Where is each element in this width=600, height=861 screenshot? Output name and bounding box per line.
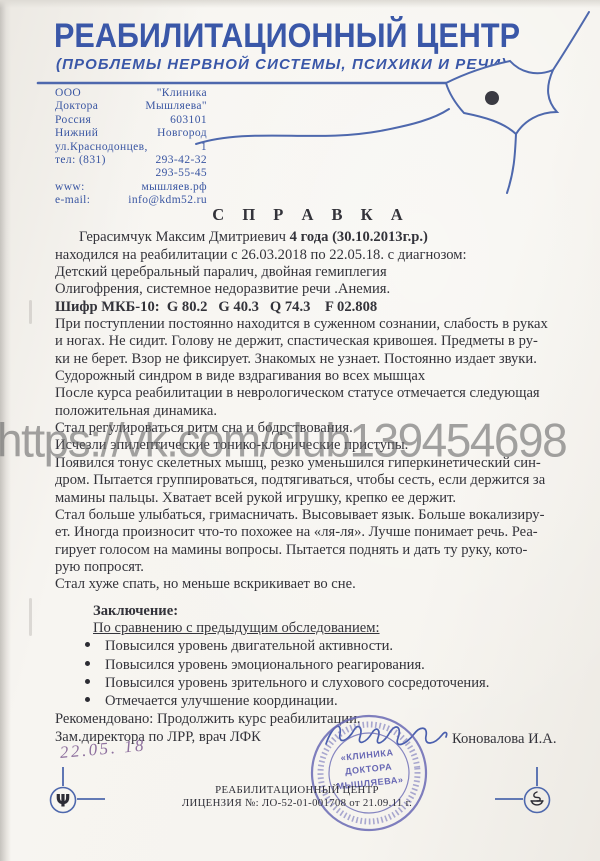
text-line: Судорожный синдром в виде вздрагивания в… bbox=[55, 368, 567, 385]
text-line: Стал хуже спать, но меньше вскрикивает в… bbox=[55, 576, 567, 593]
scanned-certificate-page: РЕАБИЛИТАЦИОННЫЙ ЦЕНТР (ПРОБЛЕМЫ НЕРВНОЙ… bbox=[0, 0, 600, 861]
contact-line-left: Нижний bbox=[55, 127, 98, 140]
clinic-round-stamp: «КЛИНИКА ДОКТОРА МЫШЛЯЕВА» bbox=[302, 706, 436, 840]
contact-line: www: мышляев.рф bbox=[55, 181, 207, 194]
text-line: Детский церебральный паралич, двойная ге… bbox=[55, 264, 567, 281]
bullet-item: Повысился уровень зрительного и слуховог… bbox=[55, 674, 567, 692]
text-line: При поступлении постоянно находится в су… bbox=[55, 316, 567, 333]
contact-line: тел: (831) 293-42-32 bbox=[55, 154, 207, 167]
conclusion-bullet-list: Повысился уровень двигательной активност… bbox=[55, 637, 567, 711]
contact-line-left: ул.Краснодонцев, bbox=[55, 141, 148, 154]
contact-line-right: 1 bbox=[201, 141, 207, 154]
text-line: находился на реабилитации с 26.03.2018 п… bbox=[55, 247, 567, 264]
contact-line-right: 603101 bbox=[170, 114, 207, 127]
contact-line: ООО "Клиника bbox=[55, 87, 207, 100]
icd-code-line: Шифр МКБ-10: G 80.2 G 40.3 Q 74.3 F 02.8… bbox=[55, 299, 567, 316]
scan-artifact bbox=[29, 300, 32, 324]
conclusion-subheading: По сравнению с предыдущим обследованием: bbox=[93, 620, 567, 637]
contact-line-left: Доктора bbox=[55, 100, 98, 113]
bullet-item: Отмечается улучшение координации. bbox=[55, 692, 567, 710]
text-line: ет. Иногда произносит что-то похожее на … bbox=[55, 524, 567, 541]
contact-line-left: Россия bbox=[55, 114, 91, 127]
patient-line: Герасимчук Максим Дмитриевич 4 года (30.… bbox=[55, 229, 567, 246]
contact-line: 293-55-45 bbox=[55, 167, 207, 180]
contact-line: Нижний Новгород bbox=[55, 127, 207, 140]
bullet-dot-icon bbox=[85, 661, 90, 666]
svg-text:Ψ: Ψ bbox=[56, 792, 70, 812]
contact-line-left: ООО bbox=[55, 87, 81, 100]
text-line: мамины пальцы. Хватает всей рукой игрушк… bbox=[55, 490, 567, 507]
signer-name: Коновалова И.А. bbox=[452, 731, 557, 748]
contact-line: ул.Краснодонцев, 1 bbox=[55, 141, 207, 154]
text-line: гирует голосом на мамины вопросы. Пытает… bbox=[55, 542, 567, 559]
bullet-text: Отмечается улучшение координации. bbox=[105, 692, 338, 710]
conclusion-heading: Заключение: bbox=[93, 603, 567, 620]
contact-line-right: мышляев.рф bbox=[142, 181, 208, 194]
contact-line: Россия 603101 bbox=[55, 114, 207, 127]
patient-name: Герасимчук Максим Дмитриевич bbox=[79, 229, 290, 245]
contact-line-right: 293-55-45 bbox=[155, 167, 207, 180]
bullet-item: Повысился уровень двигательной активност… bbox=[55, 637, 567, 655]
patient-age-dob: 4 года (30.10.2013г.р.) bbox=[290, 229, 428, 245]
bullet-dot-icon bbox=[85, 642, 90, 647]
bullet-dot-icon bbox=[85, 697, 90, 702]
bullet-text: Повысился уровень двигательной активност… bbox=[105, 637, 393, 655]
contact-line-right: 293-42-32 bbox=[155, 154, 207, 167]
bullet-text: Повысился уровень зрительного и слуховог… bbox=[105, 674, 489, 692]
contact-line-right: "Клиника bbox=[157, 87, 207, 100]
text-line: и ногах. Не сидит. Голову не держит, спа… bbox=[55, 333, 567, 350]
contact-line-right: Новгород bbox=[157, 127, 207, 140]
contact-line-right: Мышляева" bbox=[145, 100, 207, 113]
text-line: После курса реабилитации в неврологическ… bbox=[55, 385, 567, 402]
text-line: ки не берет. Взор не фиксирует. Знакомых… bbox=[55, 351, 567, 368]
contact-line-left: www: bbox=[55, 181, 85, 194]
neuron-nucleus-dot bbox=[485, 91, 499, 105]
contact-line-left: тел: (831) bbox=[55, 154, 106, 167]
certificate-title: С П Р А В К А bbox=[55, 206, 567, 223]
text-line: рую попросят. bbox=[55, 559, 567, 576]
psi-symbol-icon: Ψ bbox=[48, 767, 112, 817]
bullet-item: Повысился уровень эмоционального реагиро… bbox=[55, 656, 567, 674]
text-line: Стал больше улыбаться, гримасничать. Выс… bbox=[55, 507, 567, 524]
intro-lines: находился на реабилитации с 26.03.2018 п… bbox=[55, 247, 567, 299]
bowl-of-hygieia-icon bbox=[488, 767, 552, 817]
text-line: дром. Пытается группироваться, подтягива… bbox=[55, 472, 567, 489]
scan-artifact bbox=[29, 598, 32, 636]
clinic-contact-block: ООО "Клиника Доктора Мышляева" Россия 60… bbox=[55, 87, 207, 208]
bullet-dot-icon bbox=[85, 679, 90, 684]
vk-watermark: https://vk.com/club139454698 bbox=[0, 412, 566, 468]
bullet-text: Повысился уровень эмоционального реагиро… bbox=[105, 656, 425, 674]
contact-line: Доктора Мышляева" bbox=[55, 100, 207, 113]
text-line: Олигофрения, системное недоразвитие речи… bbox=[55, 281, 567, 298]
